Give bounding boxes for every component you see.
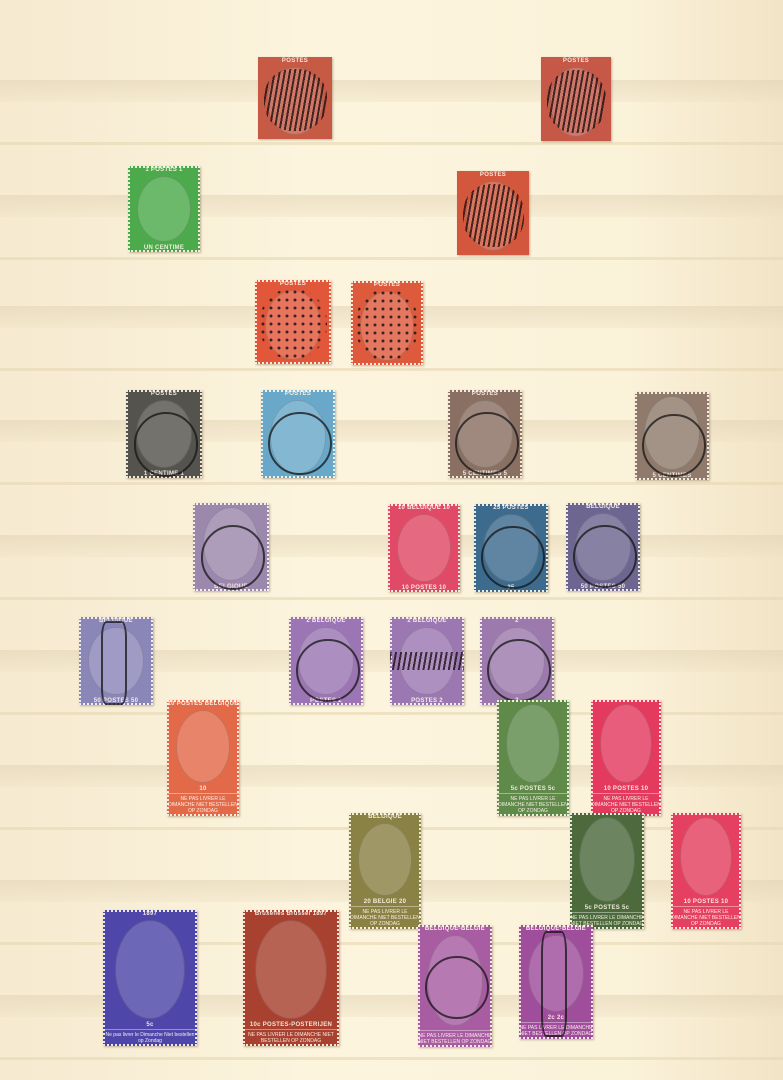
stamp-sunday-tab: NE PAS LIVRER LE DIMANCHE NIET BESTELLEN… <box>671 906 741 929</box>
album-strip-edge <box>0 482 783 485</box>
stamp: POSTES <box>258 57 332 139</box>
album-strip-edge <box>0 142 783 145</box>
stamp-top-inscription: Bruxelles Brussel 1897 <box>255 910 327 918</box>
stamp-bottom-inscription: POSTES 2 <box>310 697 342 705</box>
stamp-bottom-inscription: 50 POSTES 50 <box>94 697 139 705</box>
stamp-top-inscription: 1897 <box>143 910 158 918</box>
album-strip-edge <box>0 257 783 260</box>
stamp-sunday-tab: NE PAS LIVRER LE DIMANCHE NIET BESTELLEN… <box>519 1022 593 1039</box>
stamp: POSTES1 CENTIME 1 <box>126 390 202 478</box>
stamp-top-inscription: POSTES <box>151 390 177 398</box>
album-strip-edge <box>0 1057 783 1060</box>
stamp: BELGIQUE-BELGIE2c 2cNE PAS LIVRER LE DIM… <box>519 925 593 1039</box>
stamp-bottom-inscription: 50 POSTES 50 <box>581 583 626 591</box>
stamp-portrait-oval <box>600 704 652 783</box>
stamp-bottom-inscription: 20 BELGIE 20 <box>364 898 407 906</box>
stamp-bottom-inscription: 5 CENTIMES 5 <box>463 470 508 478</box>
stamp-top-inscription: BELGIQUE-BELGIE <box>526 925 586 933</box>
stamp: 10 POSTES 10NE PAS LIVRER LE DIMANCHE NI… <box>591 700 661 816</box>
stamp: 2 BELGIQUEPOSTES 2 <box>390 617 464 705</box>
stamp-bottom-inscription: 2c 2c <box>548 1014 565 1022</box>
stamp-portrait-oval <box>136 400 193 468</box>
stamp-portrait-oval <box>466 181 520 251</box>
stamp-portrait-oval <box>680 817 732 896</box>
stamp: POSTES <box>541 57 611 141</box>
stamp-sunday-tab: NE PAS LIVRER LE DIMANCHE NIET BESTELLEN… <box>418 1030 492 1047</box>
stamp-portrait-oval <box>298 627 353 695</box>
stamp-top-inscription: 2 BELGIQUE <box>407 617 446 625</box>
stamp: 5c POSTES 5cNE PAS LIVRER LE DIMANCHE NI… <box>570 813 644 929</box>
stamp-top-inscription: POSTES <box>374 281 400 289</box>
stamp-bottom-inscription: 10 POSTES 10 <box>684 898 729 906</box>
stamp-album-page: POSTESPOSTES1 POSTES 1UN CENTIMEPOSTESPO… <box>0 0 783 1080</box>
stamp-bottom-inscription: 10 <box>199 785 206 793</box>
stamp-sunday-tab: NE PAS LIVRER LE DIMANCHE NIET BESTELLEN… <box>167 793 239 816</box>
stamp: POSTES <box>351 281 423 365</box>
stamp-top-inscription: POSTES <box>282 57 308 65</box>
stamp-top-inscription: POSTES <box>280 280 306 288</box>
stamp-bottom-inscription: BELGIQUE <box>214 583 248 591</box>
stamp-top-inscription: 2 <box>515 617 519 625</box>
stamp: 5c POSTES 5cNE PAS LIVRER LE DIMANCHE NI… <box>497 700 569 816</box>
stamp-portrait-oval <box>457 400 512 468</box>
stamp-portrait-oval <box>506 704 560 783</box>
stamp-portrait-oval <box>579 817 634 902</box>
stamp-portrait-oval <box>644 396 699 470</box>
stamp: BELGIQUE <box>193 503 269 591</box>
stamp-portrait-oval <box>203 507 260 581</box>
stamp: Bruxelles Brussel 189710c POSTES-POSTERI… <box>243 910 339 1046</box>
stamp-top-inscription: 2 BELGIQUE <box>306 617 345 625</box>
album-strip <box>0 195 783 217</box>
stamp-top-inscription: 1 POSTES 1 <box>145 166 182 174</box>
stamp-portrait-oval <box>397 514 451 582</box>
album-strip <box>0 765 783 787</box>
stamp-sunday-tab: Ne pas livrer le Dimanche Niet bestellen… <box>103 1029 197 1046</box>
stamp: BELGIQUE20 BELGIE 20NE PAS LIVRER LE DIM… <box>349 813 421 929</box>
stamp: 22 <box>480 617 554 705</box>
stamp-portrait-oval <box>399 627 454 695</box>
stamp-bottom-inscription: 5c <box>146 1021 153 1029</box>
stamp: POSTES <box>255 280 331 364</box>
stamp: POSTES5 CENTIMES 5 <box>448 390 522 478</box>
stamp: 1 POSTES 1UN CENTIME <box>128 166 200 252</box>
stamp-portrait-oval <box>427 935 482 1026</box>
stamp-portrait-oval <box>575 513 630 581</box>
stamp-portrait-oval <box>88 627 143 695</box>
stamp-top-inscription: BELGIQUE-BELGIE <box>425 925 485 933</box>
stamp-portrait-oval <box>358 823 412 896</box>
stamp-portrait-oval <box>267 67 322 135</box>
stamp-top-inscription: BELGIQUE <box>586 503 620 511</box>
stamp: BELGIQUE-BELGIENE PAS LIVRER LE DIMANCHE… <box>418 925 492 1047</box>
stamp-top-inscription: POSTES <box>480 171 506 179</box>
stamp-top-inscription: POSTES <box>472 390 498 398</box>
stamp: BELGIQUE50 POSTES 50 <box>566 503 640 591</box>
stamp: 10 BELGIQUE 1010 POSTES 10 <box>388 504 460 592</box>
stamp-portrait-oval <box>270 400 325 474</box>
stamp-bottom-inscription: 1 CENTIME 1 <box>144 470 184 478</box>
stamp-bottom-inscription: 10 POSTES 10 <box>604 785 649 793</box>
stamp-portrait-oval <box>483 514 538 582</box>
stamp: POSTES <box>261 390 335 478</box>
stamp: POSTES <box>457 171 529 255</box>
stamp-bottom-inscription: 5c POSTES 5c <box>511 785 556 793</box>
stamp-portrait-oval <box>137 176 191 242</box>
stamp-top-inscription: BELGIQUE <box>99 617 133 625</box>
stamp-portrait-oval <box>115 920 185 1019</box>
stamp-portrait-oval <box>528 935 583 1012</box>
stamp: BELGIQUE50 POSTES 50 <box>79 617 153 705</box>
stamp-bottom-inscription: 5c POSTES 5c <box>585 904 630 912</box>
stamp-top-inscription: POSTES <box>563 57 589 65</box>
stamp-sunday-tab: NE PAS LIVRER LE DIMANCHE NIET BESTELLEN… <box>243 1029 339 1046</box>
album-strip-edge <box>0 597 783 600</box>
stamp-bottom-inscription: 5 CENTIMES <box>652 472 691 480</box>
stamp: 18975cNe pas livrer le Dimanche Niet bes… <box>103 910 197 1046</box>
stamp-bottom-inscription: UN CENTIME <box>144 244 184 252</box>
stamp-bottom-inscription: POSTES 2 <box>411 697 443 705</box>
stamp-portrait-oval <box>255 920 326 1019</box>
stamp-sunday-tab: NE PAS LIVRER LE DIMANCHE NIET BESTELLEN… <box>349 906 421 929</box>
stamp-bottom-inscription: 10 POSTES 10 <box>402 584 447 592</box>
stamp-portrait-oval <box>360 291 414 361</box>
stamp-sunday-tab: NE PAS LIVRER LE DIMANCHE NIET BESTELLEN… <box>497 793 569 816</box>
stamp: 25 POSTES25 <box>474 504 548 592</box>
stamp-top-inscription: 25 POSTES <box>493 504 528 512</box>
stamp: 2 BELGIQUEPOSTES 2 <box>289 617 363 705</box>
stamp-top-inscription: 10 BELGIQUE 10 <box>398 504 450 512</box>
stamp-portrait-oval <box>176 710 230 783</box>
stamp-portrait-oval <box>489 627 544 695</box>
stamp: 10 POSTES 10NE PAS LIVRER LE DIMANCHE NI… <box>671 813 741 929</box>
stamp-portrait-oval <box>550 67 602 137</box>
stamp-portrait-oval <box>265 290 322 360</box>
stamp: 10 POSTES BELGIQUE10NE PAS LIVRER LE DIM… <box>167 700 239 816</box>
stamp-bottom-inscription: 10c POSTES-POSTERIJEN <box>250 1021 332 1029</box>
album-strip-edge <box>0 712 783 715</box>
album-strip <box>0 80 783 102</box>
stamp-top-inscription: POSTES <box>285 390 311 398</box>
stamp: 5 CENTIMES <box>635 392 709 480</box>
stamp-top-inscription: BELGIQUE <box>368 813 402 821</box>
stamp-top-inscription: 10 POSTES BELGIQUE <box>167 700 238 708</box>
album-strip-edge <box>0 368 783 371</box>
stamp-bottom-inscription: 25 <box>507 584 514 592</box>
